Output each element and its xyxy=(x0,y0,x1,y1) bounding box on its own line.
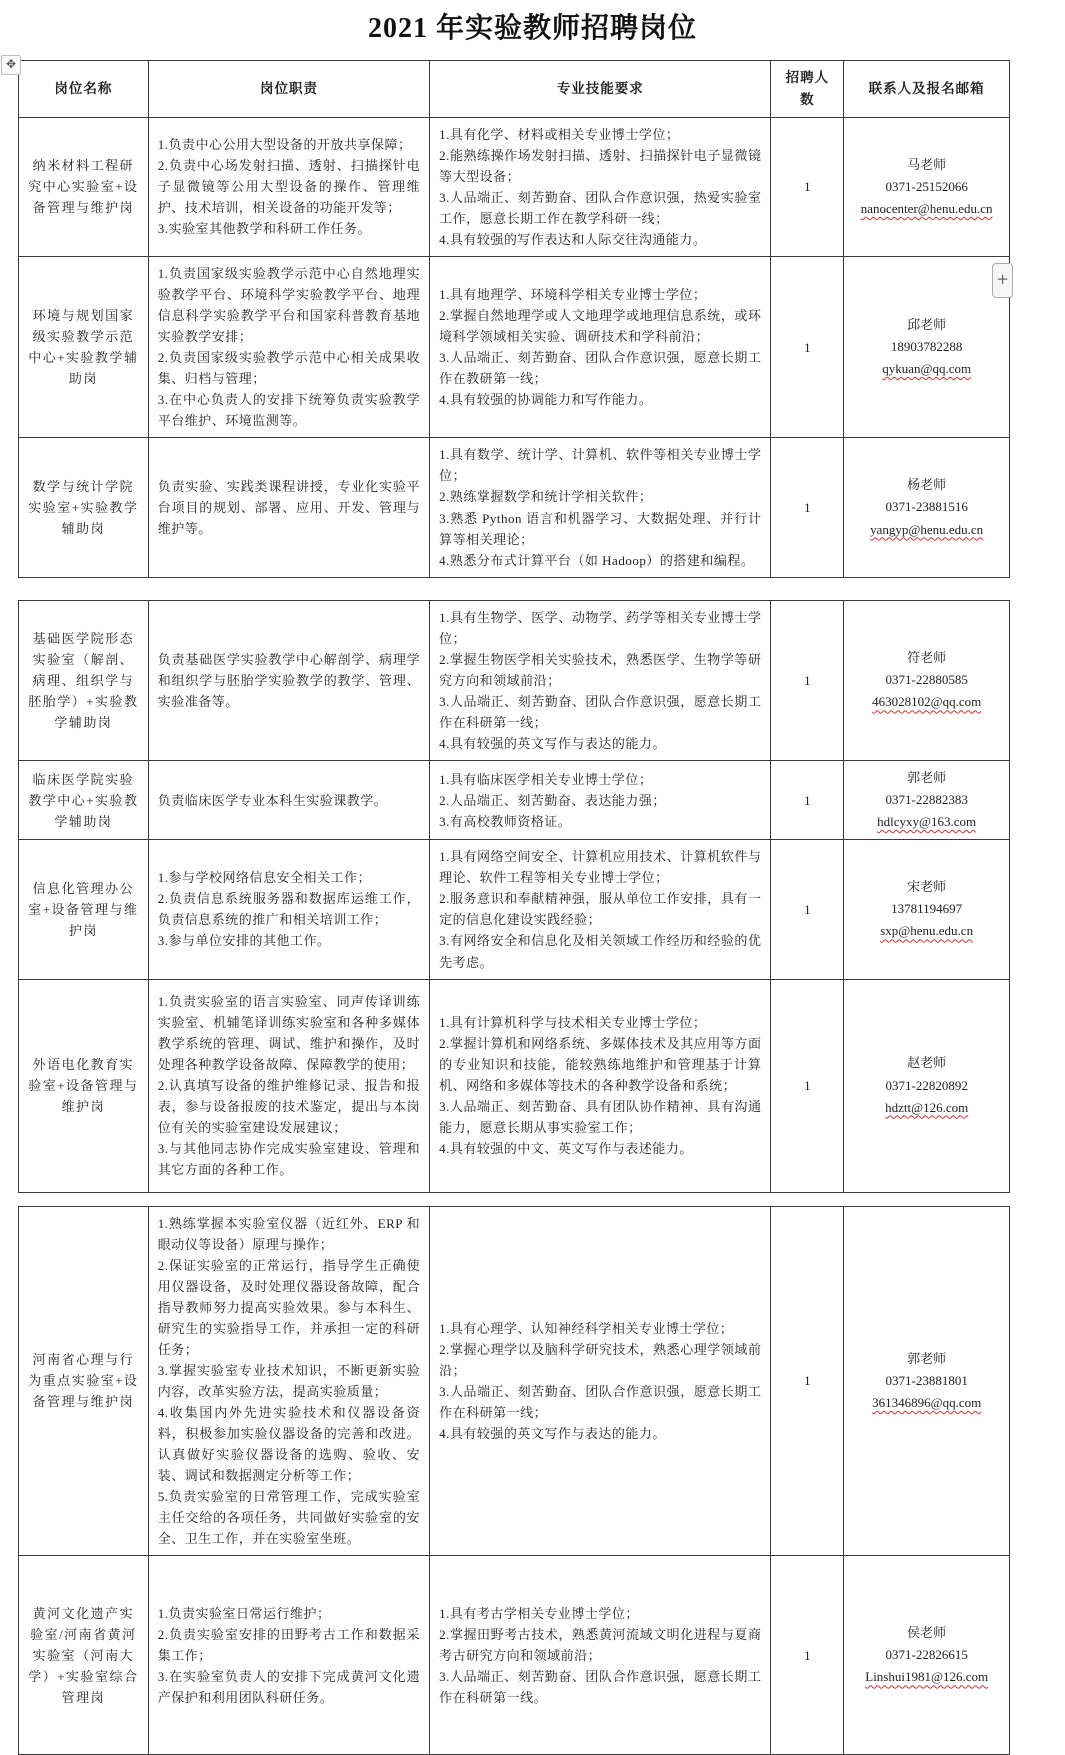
contact-phone: 0371-22826615 xyxy=(853,1644,1000,1666)
contact-email: qykuan@qq.com xyxy=(853,358,1000,380)
table-row: 河南省心理与行为重点实验室+设备管理与维护岗 1.熟练掌握本实验室仪器（近红外、… xyxy=(19,1207,1009,1556)
contact-cell: 赵老师 0371-22820892 hdztt@126.com xyxy=(844,980,1009,1192)
position-name: 纳米材料工程研究中心实验室+设备管理与维护岗 xyxy=(19,118,149,256)
position-duties: 1.熟练掌握本实验室仪器（近红外、ERP 和眼动仪等设备）原理与操作； 2.保证… xyxy=(149,1207,430,1556)
contact-phone: 0371-25152066 xyxy=(853,176,1000,198)
position-duties: 负责实验、实践类课程讲授，专业化实验平台项目的规划、部署、应用、开发、管理与维护… xyxy=(149,438,430,576)
position-skills: 1.具有心理学、认知神经科学相关专业博士学位； 2.掌握心理学以及脑科学研究技术… xyxy=(430,1207,771,1556)
contact-email: Linshui1981@126.com xyxy=(853,1666,1000,1688)
page-title: 2021 年实验教师招聘岗位 xyxy=(0,0,1065,46)
position-skills: 1.具有计算机科学与技术相关专业博士学位； 2.掌握计算机和网络系统、多媒体技术… xyxy=(430,980,771,1192)
position-skills: 1.具有网络空间安全、计算机应用技术、计算机软件与理论、软件工程等相关专业博士学… xyxy=(430,840,771,978)
table-section-2: 基础医学院形态实验室（解剖、病理、组织学与胚胎学）+实验教学辅助岗 负责基础医学… xyxy=(18,600,1010,1193)
contact-person: 马老师 xyxy=(853,154,1000,176)
table-row: 信息化管理办公室+设备管理与维护岗 1.参与学校网络信息安全相关工作； 2.负责… xyxy=(19,839,1009,978)
position-name: 外语电化教育实验室+设备管理与维护岗 xyxy=(19,980,149,1192)
table-row: 纳米材料工程研究中心实验室+设备管理与维护岗 1.负责中心公用大型设备的开放共享… xyxy=(19,117,1009,256)
position-name: 基础医学院形态实验室（解剖、病理、组织学与胚胎学）+实验教学辅助岗 xyxy=(19,601,149,760)
position-duties: 负责基础医学实验教学中心解剖学、病理学和组织学与胚胎学实验教学的教学、管理、实验… xyxy=(149,601,430,760)
position-name: 环境与规划国家级实验教学示范中心+实验教学辅助岗 xyxy=(19,257,149,437)
recruit-count: 1 xyxy=(771,601,844,760)
contact-email: 361346896@qq.com xyxy=(853,1392,1000,1414)
col-header-duties: 岗位职责 xyxy=(149,61,430,117)
contact-person: 邱老师 xyxy=(853,314,1000,336)
contact-cell: 马老师 0371-25152066 nanocenter@henu.edu.cn xyxy=(844,118,1009,256)
col-header-skills: 专业技能要求 xyxy=(430,61,771,117)
position-duties: 1.负责实验室日常运行维护； 2.负责实验室安排的田野考古工作和数据采集工作； … xyxy=(149,1556,430,1754)
position-duties: 1.负责国家级实验教学示范中心自然地理实验教学平台、环境科学实验教学平台、地理信… xyxy=(149,257,430,437)
contact-phone: 18903782288 xyxy=(853,336,1000,358)
document-page: ✥ + 2021 年实验教师招聘岗位 岗位名称 岗位职责 专业技能要求 招聘人数… xyxy=(0,0,1065,1755)
contact-email: yangyp@henu.edu.cn xyxy=(853,519,1000,541)
col-header-count: 招聘人数 xyxy=(771,61,844,117)
recruit-count: 1 xyxy=(771,761,844,839)
contact-email: 463028102@qq.com xyxy=(853,691,1000,713)
position-skills: 1.具有数学、统计学、计算机、软件等相关专业博士学位； 2.熟练掌握数学和统计学… xyxy=(430,438,771,576)
contact-phone: 0371-23881516 xyxy=(853,496,1000,518)
recruit-count: 1 xyxy=(771,1207,844,1556)
table-row: 黄河文化遗产实验室/河南省黄河实验室（河南大学）+实验室综合管理岗 1.负责实验… xyxy=(19,1555,1009,1754)
contact-person: 郭老师 xyxy=(853,1348,1000,1370)
contact-person: 符老师 xyxy=(853,647,1000,669)
contact-cell: 侯老师 0371-22826615 Linshui1981@126.com xyxy=(844,1556,1009,1754)
table-row: 数学与统计学院实验室+实验教学辅助岗 负责实验、实践类课程讲授，专业化实验平台项… xyxy=(19,437,1009,576)
contact-phone: 0371-22882383 xyxy=(853,789,1000,811)
position-name: 黄河文化遗产实验室/河南省黄河实验室（河南大学）+实验室综合管理岗 xyxy=(19,1556,149,1754)
position-skills: 1.具有地理学、环境科学相关专业博士学位； 2.掌握自然地理学或人文地理学或地理… xyxy=(430,257,771,437)
contact-person: 杨老师 xyxy=(853,474,1000,496)
position-skills: 1.具有临床医学相关专业博士学位； 2.人品端正、刻苦勤奋、表达能力强； 3.有… xyxy=(430,761,771,839)
contact-cell: 符老师 0371-22880585 463028102@qq.com xyxy=(844,601,1009,760)
position-name: 数学与统计学院实验室+实验教学辅助岗 xyxy=(19,438,149,576)
table-row: 基础医学院形态实验室（解剖、病理、组织学与胚胎学）+实验教学辅助岗 负责基础医学… xyxy=(19,601,1009,760)
recruit-count: 1 xyxy=(771,438,844,576)
contact-cell: 郭老师 0371-23881801 361346896@qq.com xyxy=(844,1207,1009,1556)
col-header-contact: 联系人及报名邮箱 xyxy=(844,61,1009,117)
contact-cell: 宋老师 13781194697 sxp@henu.edu.cn xyxy=(844,840,1009,978)
position-duties: 1.参与学校网络信息安全相关工作； 2.负责信息系统服务器和数据库运维工作，负责… xyxy=(149,840,430,978)
contact-person: 宋老师 xyxy=(853,876,1000,898)
position-name: 临床医学院实验教学中心+实验教学辅助岗 xyxy=(19,761,149,839)
contact-cell: 杨老师 0371-23881516 yangyp@henu.edu.cn xyxy=(844,438,1009,576)
position-duties: 负责临床医学专业本科生实验课教学。 xyxy=(149,761,430,839)
recruit-count: 1 xyxy=(771,1556,844,1754)
recruit-count: 1 xyxy=(771,980,844,1192)
recruit-count: 1 xyxy=(771,840,844,978)
position-duties: 1.负责实验室的语言实验室、同声传译训练实验室、机辅笔译训练实验室和各种多媒体教… xyxy=(149,980,430,1192)
recruit-count: 1 xyxy=(771,257,844,437)
contact-person: 赵老师 xyxy=(853,1052,1000,1074)
contact-phone: 0371-22820892 xyxy=(853,1075,1000,1097)
contact-email: sxp@henu.edu.cn xyxy=(853,920,1000,942)
plus-button[interactable]: + xyxy=(992,263,1013,298)
position-skills: 1.具有考古学相关专业博士学位； 2.掌握田野考古技术，熟悉黄河流域文明化进程与… xyxy=(430,1556,771,1754)
table-row: 外语电化教育实验室+设备管理与维护岗 1.负责实验室的语言实验室、同声传译训练实… xyxy=(19,979,1009,1192)
contact-email: hdlcyxy@163.com xyxy=(853,811,1000,833)
table-row: 环境与规划国家级实验教学示范中心+实验教学辅助岗 1.负责国家级实验教学示范中心… xyxy=(19,256,1009,437)
position-name: 河南省心理与行为重点实验室+设备管理与维护岗 xyxy=(19,1207,149,1556)
contact-email: nanocenter@henu.edu.cn xyxy=(853,198,1000,220)
contact-person: 侯老师 xyxy=(853,1622,1000,1644)
table-section-1: 岗位名称 岗位职责 专业技能要求 招聘人数 联系人及报名邮箱 纳米材料工程研究中… xyxy=(18,60,1010,578)
table-row: 临床医学院实验教学中心+实验教学辅助岗 负责临床医学专业本科生实验课教学。 1.… xyxy=(19,760,1009,839)
contact-person: 郭老师 xyxy=(853,767,1000,789)
position-skills: 1.具有化学、材料或相关专业博士学位； 2.能熟练操作场发射扫描、透射、扫描探针… xyxy=(430,118,771,256)
contact-phone: 13781194697 xyxy=(853,898,1000,920)
contact-phone: 0371-22880585 xyxy=(853,669,1000,691)
contact-cell: 郭老师 0371-22882383 hdlcyxy@163.com xyxy=(844,761,1009,839)
table-header-row: 岗位名称 岗位职责 专业技能要求 招聘人数 联系人及报名邮箱 xyxy=(19,61,1009,117)
table-move-handle-icon[interactable]: ✥ xyxy=(1,55,21,75)
contact-phone: 0371-23881801 xyxy=(853,1370,1000,1392)
position-skills: 1.具有生物学、医学、动物学、药学等相关专业博士学位； 2.掌握生物医学相关实验… xyxy=(430,601,771,760)
position-duties: 1.负责中心公用大型设备的开放共享保障； 2.负责中心场发射扫描、透射、扫描探针… xyxy=(149,118,430,256)
contact-email: hdztt@126.com xyxy=(853,1097,1000,1119)
col-header-position-name: 岗位名称 xyxy=(19,61,149,117)
contact-cell: 邱老师 18903782288 qykuan@qq.com xyxy=(844,257,1009,437)
recruit-count: 1 xyxy=(771,118,844,256)
position-name: 信息化管理办公室+设备管理与维护岗 xyxy=(19,840,149,978)
table-section-3: 河南省心理与行为重点实验室+设备管理与维护岗 1.熟练掌握本实验室仪器（近红外、… xyxy=(18,1206,1010,1755)
